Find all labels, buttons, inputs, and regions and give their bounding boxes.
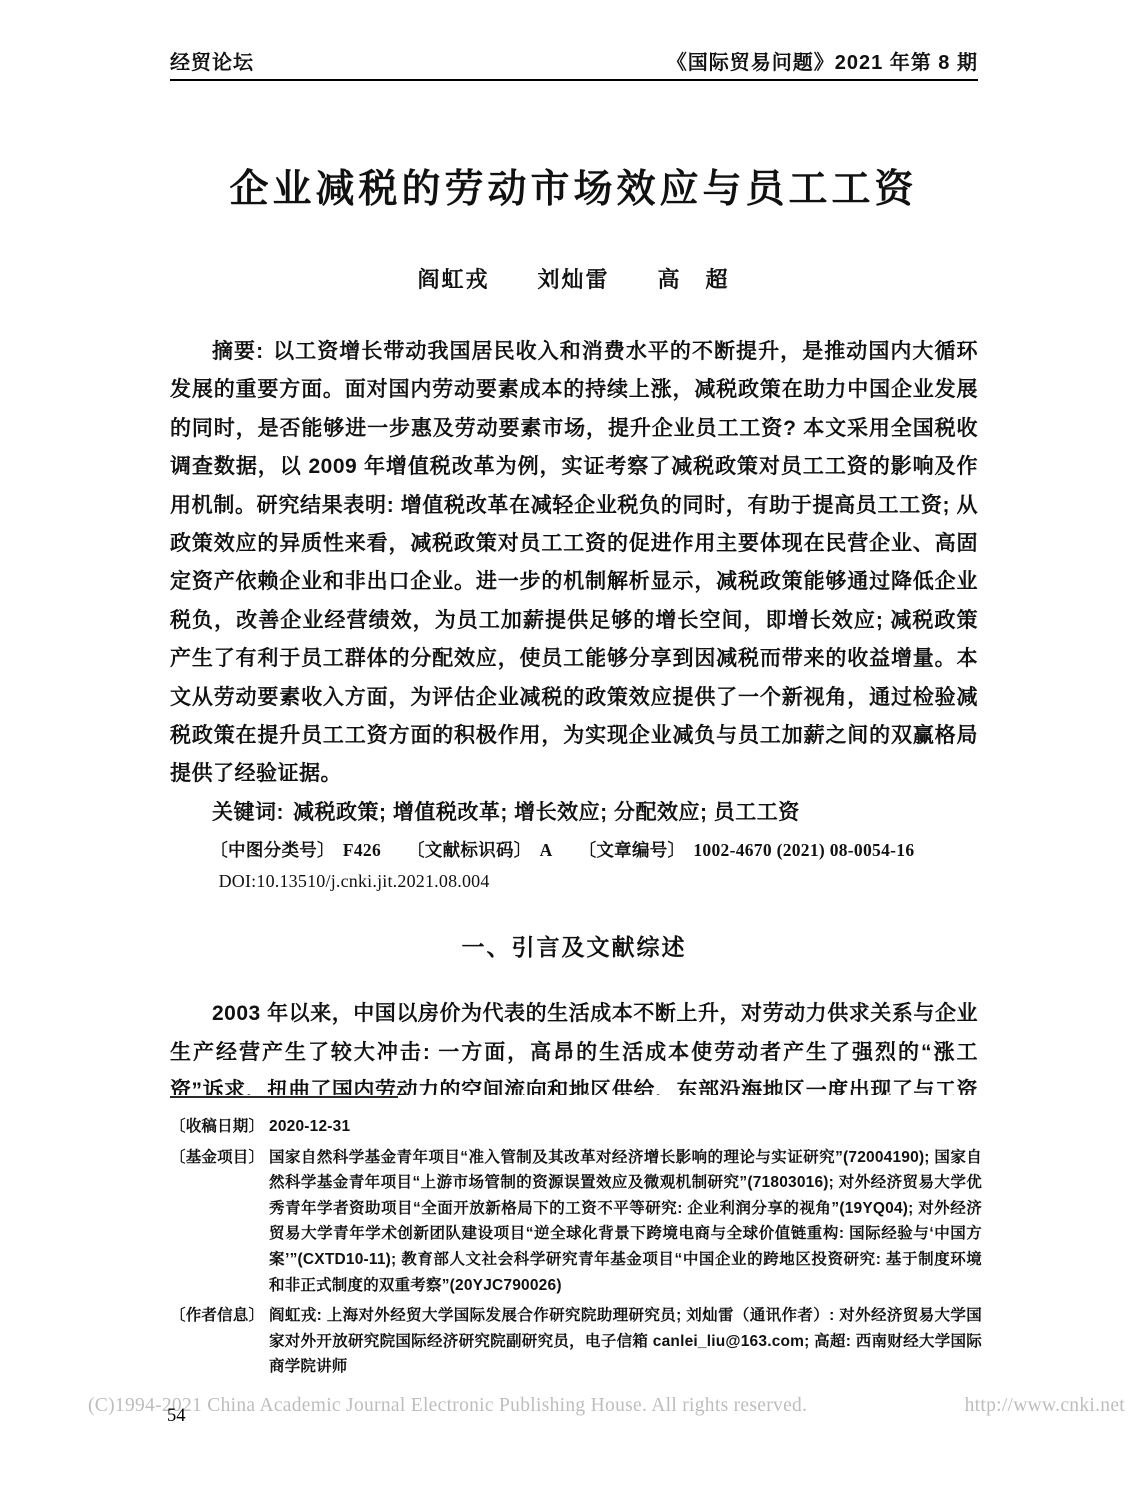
article-no-label: 〔文章编号〕	[579, 840, 686, 860]
abstract-text: 以工资增长带动我国居民收入和消费水平的不断提升，是推动国内大循环发展的重要方面。…	[170, 340, 978, 785]
footnote-item-received: 〔收稿日期〕 2020-12-31	[170, 1114, 982, 1140]
doi-line: DOI:10.13510/j.cnki.jit.2021.08.004	[170, 871, 978, 892]
footnote-label: 〔作者信息〕	[170, 1303, 269, 1380]
classification-line: 〔中图分类号〕F426〔文献标识码〕A〔文章编号〕1002-4670 (2021…	[170, 837, 978, 862]
abstract-label: 摘要:	[212, 340, 264, 363]
footnote-item-authors: 〔作者信息〕 阎虹戎: 上海对外经贸大学国际发展合作研究院助理研究员; 刘灿雷（…	[170, 1303, 982, 1380]
journal-issue: 《国际贸易问题》2021 年第 8 期	[667, 46, 978, 75]
journal-column: 经贸论坛	[170, 46, 254, 75]
clc-value: F426	[343, 840, 381, 860]
article-body: 摘要:以工资增长带动我国居民收入和消费水平的不断提升，是推动国内大循环发展的重要…	[170, 333, 978, 1095]
article-authors: 阎虹戎 刘灿雷 高 超	[0, 263, 1147, 294]
keywords-label: 关键词:	[212, 801, 284, 824]
copyright-notice: (C)1994-2021 China Academic Journal Elec…	[88, 1395, 807, 1417]
clc-label: 〔中图分类号〕	[210, 840, 335, 860]
article-no-value: 1002-4670 (2021) 08-0054-16	[693, 840, 914, 860]
cnki-url: http://www.cnki.net	[965, 1395, 1125, 1417]
footnote-label: 〔基金项目〕	[170, 1145, 269, 1299]
header-rule	[170, 79, 978, 81]
section-heading: 一、引言及文献综述	[170, 929, 978, 962]
footnotes-block: 〔收稿日期〕 2020-12-31 〔基金项目〕 国家自然科学基金青年项目“准入…	[170, 1096, 982, 1385]
cnki-watermark: (C)1994-2021 China Academic Journal Elec…	[88, 1395, 1125, 1417]
doc-code-label: 〔文献标识码〕	[407, 840, 532, 860]
journal-header: 经贸论坛 《国际贸易问题》2021 年第 8 期	[170, 46, 978, 75]
footnote-label: 〔收稿日期〕	[170, 1114, 269, 1140]
page-number: 54	[167, 1406, 186, 1427]
footnote-item-funding: 〔基金项目〕 国家自然科学基金青年项目“准入管制及其改革对经济增长影响的理论与实…	[170, 1145, 982, 1299]
article-title: 企业减税的劳动市场效应与员工工资	[0, 158, 1147, 214]
footnote-text: 阎虹戎: 上海对外经贸大学国际发展合作研究院助理研究员; 刘灿雷（通讯作者）: …	[269, 1303, 982, 1380]
footnote-text: 国家自然科学基金青年项目“准入管制及其改革对经济增长影响的理论与实证研究”(72…	[269, 1145, 982, 1299]
intro-paragraph: 2003 年以来，中国以房价为代表的生活成本不断上升，对劳动力供求关系与企业生产…	[170, 995, 978, 1095]
doc-code-value: A	[540, 840, 553, 860]
footnote-text: 2020-12-31	[269, 1114, 982, 1140]
keywords-text: 减税政策; 增值税改革; 增长效应; 分配效应; 员工工资	[293, 801, 800, 824]
footnote-divider	[170, 1096, 398, 1098]
abstract-paragraph: 摘要:以工资增长带动我国居民收入和消费水平的不断提升，是推动国内大循环发展的重要…	[170, 333, 978, 794]
keywords-line: 关键词:减税政策; 增值税改革; 增长效应; 分配效应; 员工工资	[170, 794, 978, 832]
